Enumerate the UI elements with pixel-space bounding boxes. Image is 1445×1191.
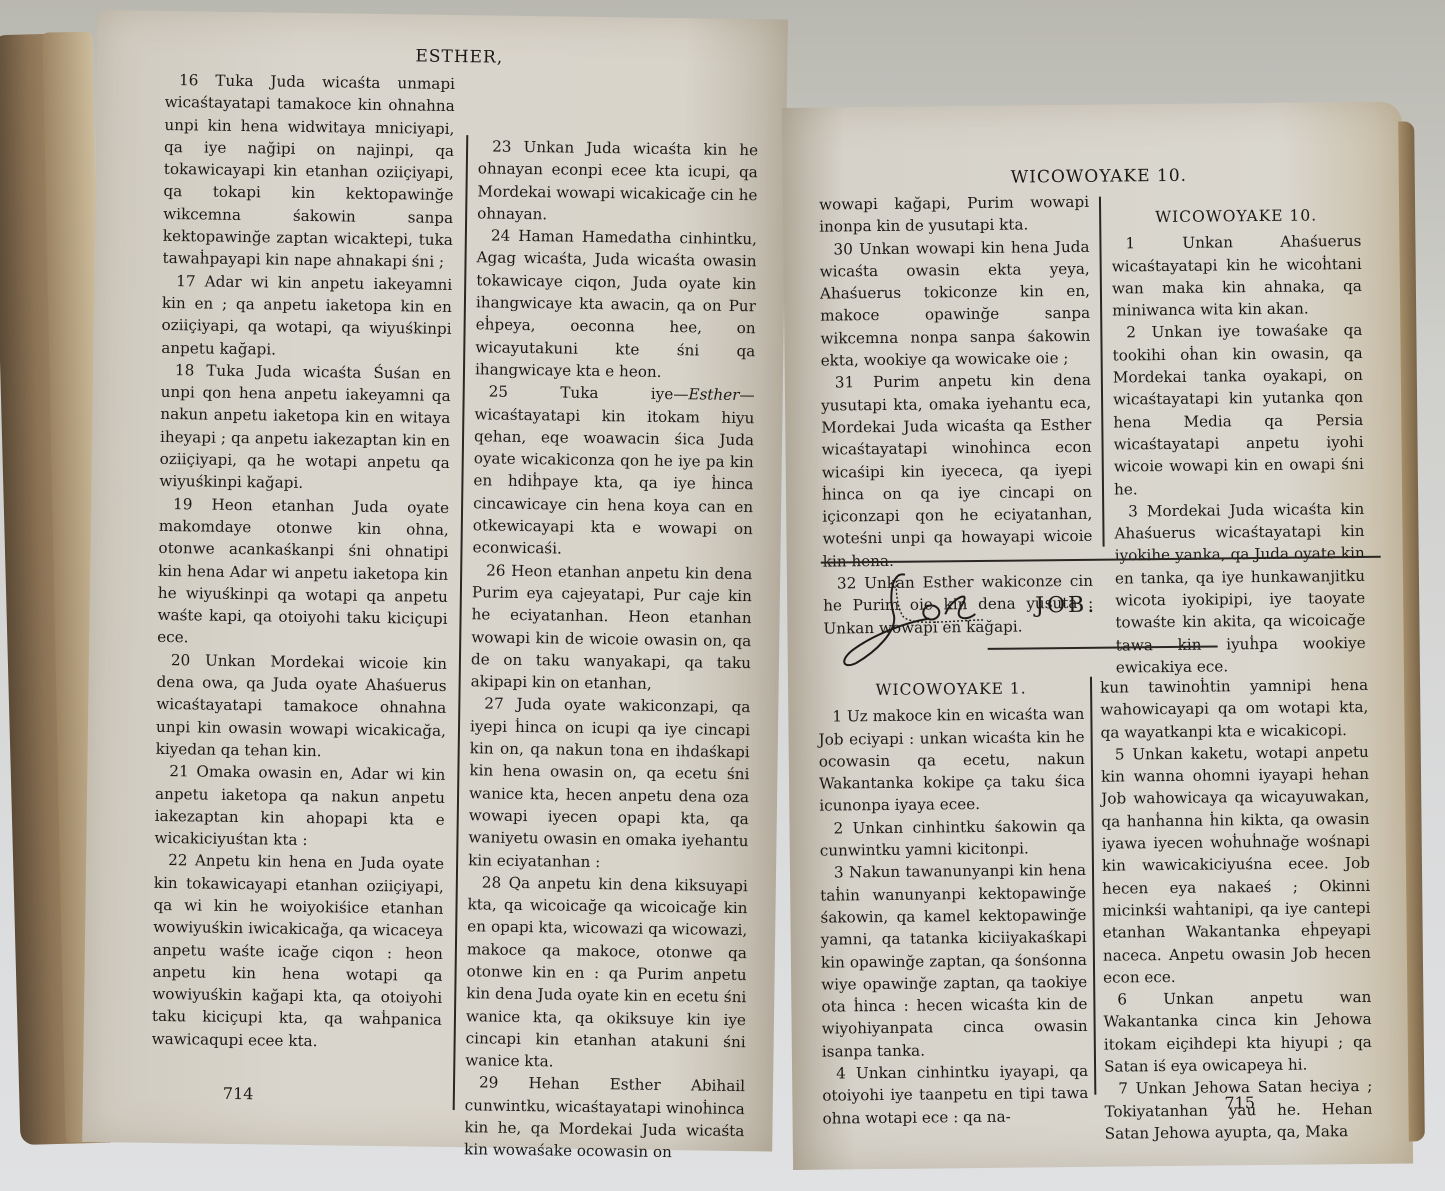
column-divider [1090,677,1096,1095]
running-head-wicowoyake-10: WICOWOYAKE 10. [1011,166,1187,188]
verse-job-4-continued: kun tawinoḣtin yamnipi hena wahowicayapi… [1100,674,1369,744]
running-head-esther: ESTHER, [415,46,503,67]
chapter-heading-10: WICOWOYAKE 10. [1111,204,1361,229]
verse-10-3: 3 Mordekai Juda wicaśta kin Ahaśuerus wi… [1114,498,1366,679]
page-number-714: 714 [223,1084,254,1103]
verse-23: 23 Unkan Juda wicaśta kin he ohnayan eco… [477,135,758,228]
verse-28: 28 Qa anpetu kin dena kiksuyapi kta, qa … [465,871,748,1076]
right-page-top-column-2: WICOWOYAKE 10. 1 Unkan Ahaśuerus wicaśta… [1111,202,1366,679]
verse-29-continued: wowapi kağapi, Purim wowapi inonpa kin d… [819,191,1089,238]
column-divider [453,135,468,1110]
left-page-column-1: 16 Tuka Juda wicaśta unmapi wicaśtayatap… [151,69,455,1054]
verse-job-3: 3 Nakun tawanunyanpi kin hena taḣin wanu… [820,859,1088,1062]
verse-26: 26 Heon etanhan anpetu kin dena Purim ey… [471,559,753,697]
verse-30: 30 Unkan wowapi kin hena Juda wicaśta ow… [819,235,1090,372]
verse-21: 21 Omaka owasin en, Adar wi kin anpetu i… [154,760,445,853]
verse-16: 16 Tuka Juda wicaśta unmapi wicaśtayatap… [162,69,455,274]
verse-17: 17 Adar wi kin anpetu iakeyamni kin en ;… [161,270,452,363]
verse-31: 31 Purim anpetu kin dena yusutapi kta, o… [821,369,1093,572]
right-page: WICOWOYAKE 10. wowapi kağapi, Purim wowa… [782,102,1413,1170]
verse-27: 27 Juda oyate wakiconzapi, qa iyepi ḣinc… [468,693,750,875]
right-page-bottom-column-2: kun tawinoḣtin yamnipi hena wahowicayapi… [1100,674,1373,1145]
verse-job-2: 2 Unkan cinhintku śakowin qa cunwintku y… [819,815,1085,862]
chapter-heading-1: WICOWOYAKE 1. [818,677,1084,702]
verse-job-6: 6 Unkan anpetu wan Wakantanka cinca kin … [1103,986,1372,1078]
left-page-column-2: 23 Unkan Juda wicaśta kin he ohnayan eco… [464,135,758,1164]
verse-job-5: 5 Unkan kaketu, wotapi anpetu kin wanna … [1101,741,1372,989]
right-page-bottom-column-1: WICOWOYAKE 1. 1 Uz makoce kin en wicaśta… [818,675,1089,1130]
verse-24: 24 Haman Hamedatha cinhintku, Agag wicaś… [475,225,757,385]
verse-22: 22 Anpetu kin hena en Juda oyate kin tok… [151,849,444,1054]
verse-10-2: 2 Unkan iye towaśake qa tookihi oḣan kin… [1112,319,1364,500]
handwritten-job-signature [833,568,1004,670]
verse-29: 29 Hehan Esther Abihail cunwintku, wicaś… [464,1072,745,1165]
page-number-715: 715 [1224,1093,1255,1112]
left-page: ESTHER, 16 Tuka Juda wicaśta unmapi wica… [82,10,788,1152]
column-divider [1099,197,1104,547]
verse-20: 20 Unkan Mordekai wicoie kin dena owa, q… [156,649,448,765]
verse-25: 25 Tuka iye—Esther—wicaśtayatapi kin ito… [472,381,754,563]
verse-10-1: 1 Unkan Ahaśuerus wicaśtayatapi kin he w… [1111,230,1362,322]
verse-job-1: 1 Uz makoce kin en wicaśta wan Job eciya… [818,703,1085,817]
verse-job-4: 4 Unkan cinhintku iyayapi, qa otoiyohi i… [822,1060,1089,1130]
verse-18: 18 Tuka Juda wicaśta Śuśan en unpi qon h… [159,359,451,497]
book-title-job: JOB. [1035,593,1097,619]
verse-19: 19 Heon etanhan Juda oyate makomdaye oto… [157,493,449,653]
